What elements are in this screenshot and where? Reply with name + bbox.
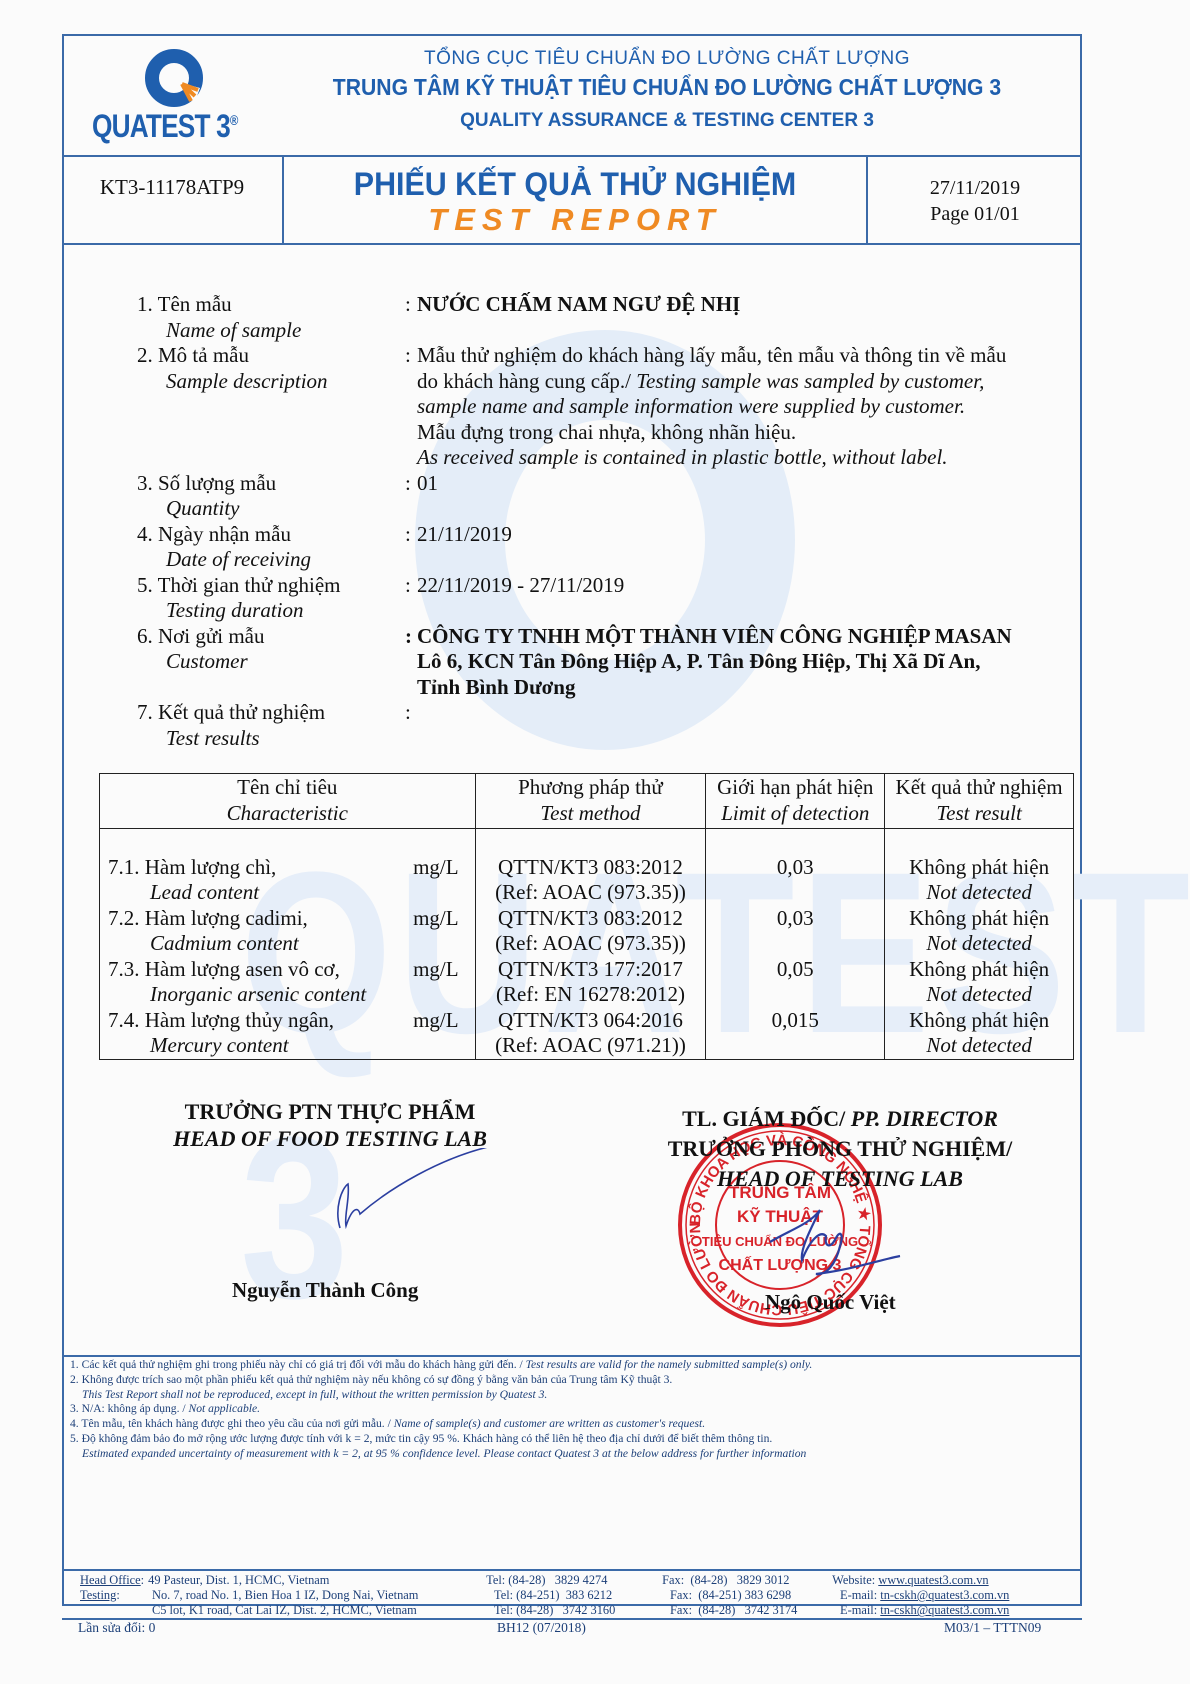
date-received-value: 21/11/2019 (417, 522, 512, 546)
org-line-3: QUALITY ASSURANCE & TESTING CENTER 3 (272, 110, 1062, 132)
right-signer-title-2: TRƯỞNG PHÒNG THỬ NGHIỆM/ (640, 1134, 1040, 1164)
info-duration: 5. Thời gian thử nghiệmTesting duration … (137, 573, 1077, 624)
logo-wordmark: QUATEST 3® (92, 108, 231, 145)
contact-link[interactable]: www.quatest3.com.vn (878, 1573, 988, 1587)
right-signer-name: Ngô Quốc Việt (765, 1290, 896, 1315)
method-cell: QTTN/KT3 177:2017(Ref: EN 16278:2012) (475, 957, 706, 1008)
result-cell: Không phát hiệnNot detected (885, 855, 1074, 906)
characteristic-cell: 7.3. Hàm lượng asen vô cơ,mg/LInorganic … (100, 957, 475, 1008)
header-characteristic: Tên chỉ tiêuCharacteristic (100, 774, 476, 829)
signature-block-right: TL. GIÁM ĐỐC/ PP. DIRECTOR TRƯỞNG PHÒNG … (640, 1104, 1040, 1194)
note-line: 5. Độ không đảm bảo đo mở rộng ước lượng… (70, 1432, 1075, 1447)
signature-block-left: TRƯỞNG PTN THỰC PHẨM HEAD OF FOOD TESTIN… (130, 1098, 530, 1152)
table-row: 7.4. Hàm lượng thủy ngân,mg/LMercury con… (100, 1008, 1074, 1060)
contact-link[interactable]: tn-cskh@quatest3.com.vn (880, 1588, 1009, 1602)
contact-info: Head Office:49 Pasteur, Dist. 1, HCMC, V… (80, 1573, 1080, 1619)
note-line: Estimated expanded uncertainty of measur… (70, 1447, 1075, 1462)
characteristic-cell: 7.1. Hàm lượng chì,mg/LLead content (100, 855, 475, 906)
left-signer-name: Nguyễn Thành Công (232, 1278, 418, 1303)
report-title-vn: PHIẾU KẾT QUẢ THỬ NGHIỆM (299, 166, 852, 203)
report-notes: 1. Các kết quả thử nghiệm ghi trong phiế… (70, 1358, 1075, 1462)
document-code: M03/1 – TTTN09 (944, 1620, 1041, 1636)
header-divider (62, 155, 1082, 157)
table-row: 7.2. Hàm lượng cadimi,mg/LCadmium conten… (100, 906, 1074, 957)
sample-info: 1. Tên mẫuName of sample :NƯỚC CHẤM NAM … (137, 292, 1077, 751)
note-line: 2. Không được trích sao một phần phiếu k… (70, 1373, 1075, 1388)
info-sample-name: 1. Tên mẫuName of sample :NƯỚC CHẤM NAM … (137, 292, 1077, 343)
title-divider-right (866, 156, 868, 244)
customer-value: :CÔNG TY TNHH MỘT THÀNH VIÊN CÔNG NGHIỆP… (405, 624, 1077, 701)
report-number: KT3-11178ATP9 (64, 175, 280, 200)
unit: mg/L (413, 957, 459, 983)
lod-cell: 0,03 (706, 855, 885, 906)
header-test-result: Kết quả thử nghiệmTest result (885, 774, 1074, 829)
method-cell: QTTN/KT3 083:2012(Ref: AOAC (973.35)) (475, 906, 706, 957)
result-cell: Không phát hiệnNot detected (885, 1008, 1074, 1060)
lod-cell: 0,03 (706, 906, 885, 957)
method-cell: QTTN/KT3 083:2012(Ref: AOAC (973.35)) (475, 855, 706, 906)
contacts-divider (62, 1569, 1082, 1571)
description-value: :Mẫu thử nghiệm do khách hàng lấy mẫu, t… (405, 343, 1077, 471)
note-line: 4. Tên mẫu, tên khách hàng được ghi theo… (70, 1417, 1075, 1432)
sample-name-value: NƯỚC CHẤM NAM NGƯ ĐỆ NHỊ (417, 292, 740, 316)
result-cell: Không phát hiệnNot detected (885, 957, 1074, 1008)
info-results: 7. Kết quả thử nghiệmTest results : (137, 700, 1077, 751)
lod-cell: 0,05 (706, 957, 885, 1008)
title-divider (62, 243, 1082, 245)
unit: mg/L (413, 906, 459, 932)
signature-left-icon (320, 1148, 500, 1238)
unit: mg/L (413, 855, 459, 881)
info-customer: 6. Nơi gửi mẫuCustomer :CÔNG TY TNHH MỘT… (137, 624, 1077, 701)
characteristic-cell: 7.4. Hàm lượng thủy ngân,mg/LMercury con… (100, 1008, 475, 1059)
table-header-row: Tên chỉ tiêuCharacteristic Phương pháp t… (100, 774, 1074, 829)
header-limit-of-detection: Giới hạn phát hiệnLimit of detection (706, 774, 885, 829)
signature-right-icon (740, 1190, 910, 1290)
info-description: 2. Mô tả mẫuSample description :Mẫu thử … (137, 343, 1077, 471)
contact-row: Head Office:49 Pasteur, Dist. 1, HCMC, V… (80, 1573, 1080, 1588)
contact-row: Testing:No. 7, road No. 1, Bien Hoa 1 IZ… (80, 1588, 1080, 1603)
table-row: 7.1. Hàm lượng chì,mg/LLead contentQTTN/… (100, 855, 1074, 906)
result-cell: Không phát hiệnNot detected (885, 906, 1074, 957)
quatest-logo: QUATEST 3® (92, 42, 262, 146)
notes-divider (62, 1355, 1082, 1357)
org-line-1: TỔNG CỤC TIÊU CHUẨN ĐO LƯỜNG CHẤT LƯỢNG (272, 48, 1062, 70)
right-signer-title-1: TL. GIÁM ĐỐC/ PP. DIRECTOR (640, 1104, 1040, 1134)
unit: mg/L (413, 1008, 459, 1034)
info-date-received: 4. Ngày nhận mẫuDate of receiving :21/11… (137, 522, 1077, 573)
header-test-method: Phương pháp thửTest method (475, 774, 706, 829)
method-cell: QTTN/KT3 064:2016(Ref: AOAC (971.21)) (475, 1008, 706, 1060)
note-line: This Test Report shall not be reproduced… (70, 1388, 1075, 1403)
contact-row: C5 lot, K1 road, Cat Lai IZ, Dist. 2, HC… (80, 1603, 1080, 1618)
report-date-page: 27/11/2019 Page 01/01 (870, 175, 1080, 227)
note-line: 1. Các kết quả thử nghiệm ghi trong phiế… (70, 1358, 1075, 1373)
contact-link[interactable]: tn-cskh@quatest3.com.vn (880, 1603, 1009, 1617)
lod-cell: 0,015 (706, 1008, 885, 1060)
form-code: BH12 (07/2018) (497, 1620, 586, 1636)
report-title-en: TEST REPORT (284, 202, 866, 238)
left-signer-title-vn: TRƯỞNG PTN THỰC PHẨM (130, 1098, 530, 1125)
org-line-2: TRUNG TÂM KỸ THUẬT TIÊU CHUẨN ĐO LƯỜNG C… (304, 74, 1031, 101)
characteristic-cell: 7.2. Hàm lượng cadimi,mg/LCadmium conten… (100, 906, 475, 957)
page-number: Page 01/01 (870, 201, 1080, 227)
duration-value: 22/11/2019 - 27/11/2019 (417, 573, 624, 597)
info-quantity: 3. Số lượng mẫuQuantity :01 (137, 471, 1077, 522)
table-row: 7.3. Hàm lượng asen vô cơ,mg/LInorganic … (100, 957, 1074, 1008)
quantity-value: 01 (417, 471, 438, 495)
report-date: 27/11/2019 (870, 175, 1080, 201)
revision-label: Lần sửa đổi: 0 (78, 1620, 155, 1636)
q-logo-icon (138, 48, 214, 110)
results-table: Tên chỉ tiêuCharacteristic Phương pháp t… (99, 773, 1074, 1060)
note-line: 3. N/A: không áp dụng. / Not applicable. (70, 1402, 1075, 1417)
